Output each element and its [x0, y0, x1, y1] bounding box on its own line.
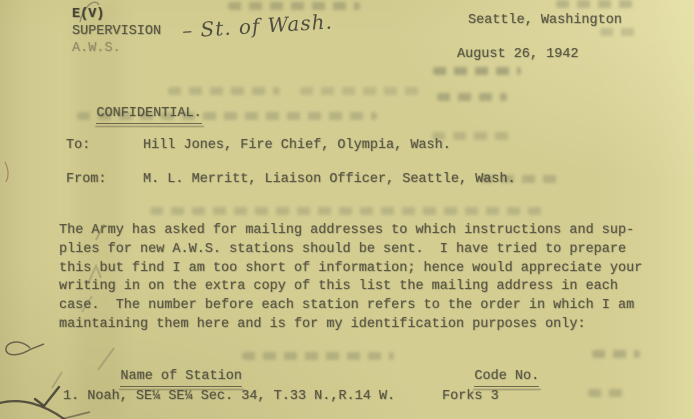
routing-code: E(V) — [72, 6, 104, 23]
checkmark — [35, 387, 59, 406]
bleed-through-text — [242, 352, 394, 360]
body-line: this but find I am too short of informat… — [59, 260, 642, 277]
bleed-through-text — [600, 28, 640, 36]
bleed-through-text — [588, 389, 628, 397]
to-label: To: — [66, 137, 90, 154]
from-label: From: — [66, 171, 107, 188]
aws-line: A.W.S. — [72, 40, 121, 57]
pencil-scuff — [52, 372, 62, 388]
from-value: M. L. Merritt, Liaison Officer, Seattle,… — [143, 171, 516, 188]
station-row-entry: 1. Noah, SE¼ SE¼ Sec. 34, T.33 N.,R.14 W… — [63, 388, 395, 405]
bleed-through-text — [300, 87, 420, 95]
memo-scan: E(V) SUPERVISION – St. of Wash. A.W.S. S… — [0, 0, 694, 419]
pencil-curl — [6, 342, 44, 355]
station-row-code: Forks 3 — [442, 388, 499, 405]
body-line: writing in on the extra copy of this lis… — [59, 278, 618, 295]
date-line: August 26, 1942 — [457, 46, 579, 63]
body-line: plies for new A.W.S. stations should be … — [59, 241, 626, 258]
body-line: maintaining them here and is for my iden… — [59, 316, 586, 333]
body-line: case. The number before each station ref… — [59, 297, 634, 314]
bleed-through-text — [433, 67, 521, 75]
classification-label: CONFIDENTIAL. — [96, 105, 201, 124]
pencil-curve — [0, 401, 64, 419]
city-line: Seattle, Washington — [468, 12, 622, 29]
pencil-paren — [5, 162, 8, 182]
bleed-through-text — [228, 2, 360, 10]
classification-stamp: CONFIDENTIAL. — [64, 88, 202, 141]
body-line: The Army has asked for mailing addresses… — [59, 222, 634, 239]
supervision-line: SUPERVISION — [72, 23, 161, 40]
bleed-through-text — [556, 0, 640, 8]
bleed-through-text — [437, 93, 507, 101]
bleed-through-text — [150, 207, 542, 215]
handwritten-annotation: – St. of Wash. — [181, 9, 333, 42]
bleed-through-text — [592, 350, 640, 358]
to-value: Hill Jones, Fire Chief, Olympia, Wash. — [143, 137, 451, 154]
